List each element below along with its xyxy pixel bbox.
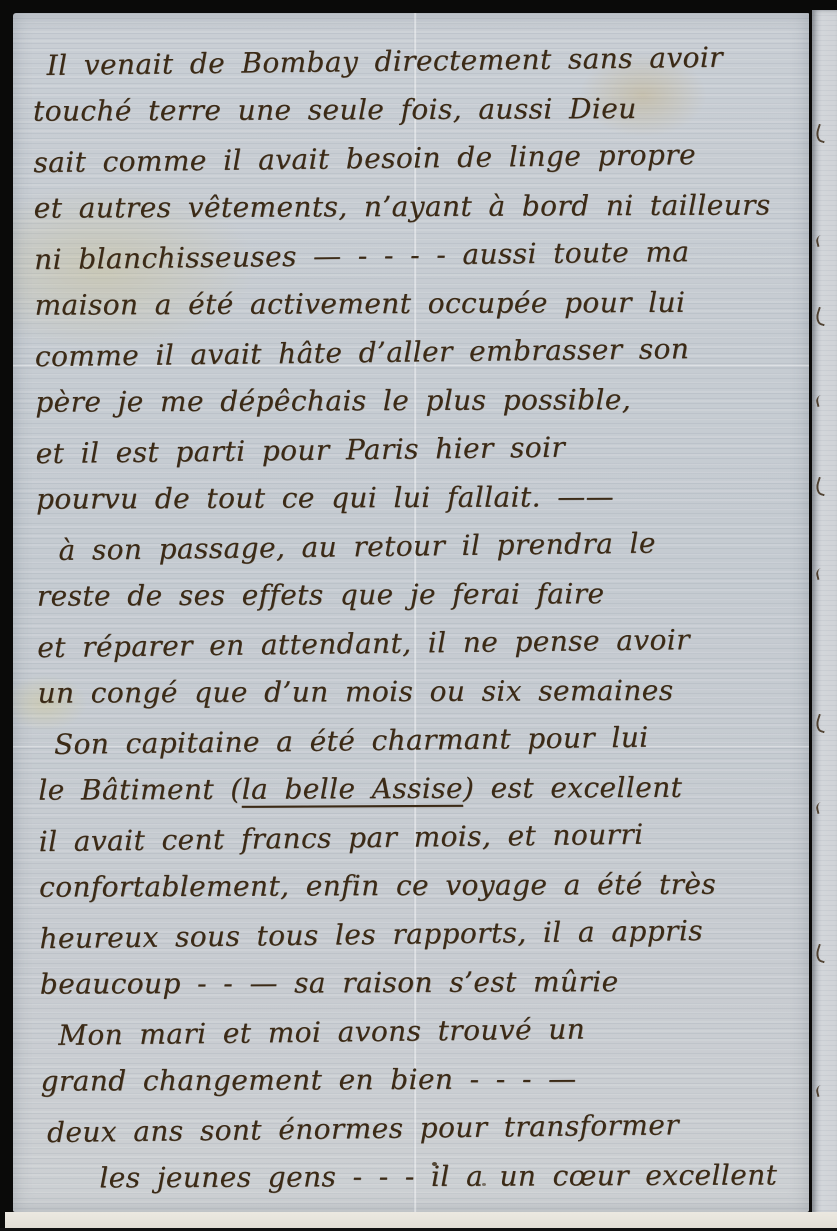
- handwriting-segment: sait comme il avait besoin de linge prop…: [33, 138, 696, 179]
- stray-ink-mark: [814, 714, 830, 734]
- handwriting-line: un congé que d’un mois ou six semaines: [37, 666, 799, 718]
- handwriting-segment: deux ans sont énormes pour transformer: [47, 1108, 679, 1149]
- handwriting-line: et il est parti pour Paris hier soir: [35, 421, 798, 479]
- handwriting-segment: à son passage, au retour il prendra le: [58, 527, 656, 567]
- handwriting-segment: et autres vêtements, n’ayant à bord ni t…: [34, 188, 771, 224]
- scanned-letter: Il venait de Bombay directement sans avo…: [0, 0, 837, 1231]
- handwriting-segment: le Bâtiment (: [38, 772, 241, 806]
- stray-ink-mark: [814, 477, 830, 497]
- handwriting-segment: Mon mari et moi avons trouvé un: [58, 1012, 585, 1051]
- under-sheet-edge: [5, 1212, 837, 1228]
- handwriting-line: et réparer en attendant, il ne pense avo…: [37, 615, 800, 673]
- ink-speck: [432, 1162, 437, 1166]
- handwriting-line: beaucoup - - — sa raison s’est mûrie: [40, 957, 802, 1009]
- handwriting-line: Il venait de Bombay directement sans avo…: [32, 33, 795, 91]
- handwriting-segment: grand changement en bien - - - —: [41, 1062, 577, 1097]
- handwriting-line: comme il avait hâte d’aller embrasser so…: [35, 324, 798, 382]
- handwriting-segment: il avait cent francs par mois, et nourri: [39, 818, 644, 858]
- handwriting-segment: Son capitaine a été charmant pour lui: [54, 721, 649, 761]
- handwriting-line: Son capitaine a été charmant pour lui: [38, 712, 801, 770]
- handwriting-line: heureux sous tous les rapports, il a app…: [39, 906, 802, 964]
- handwriting-segment: et il est parti pour Paris hier soir: [35, 431, 565, 470]
- handwriting-line: grand changement en bien - - - —: [41, 1054, 803, 1106]
- handwriting-segment: Il venait de Bombay directement sans avo…: [46, 41, 723, 82]
- stray-ink-mark: [815, 394, 828, 407]
- handwriting-line: pourvu de tout ce qui lui fallait. ——: [36, 472, 798, 524]
- handwriting-line: deux ans sont énormes pour transformer: [41, 1100, 804, 1158]
- handwriting-segment: heureux sous tous les rapports, il a app…: [39, 914, 703, 955]
- handwriting-line: il avait cent francs par mois, et nourri: [38, 809, 801, 867]
- handwriting-segment: ) est excellent: [463, 770, 682, 804]
- handwriting-line: ni blanchisseuses — - - - - aussi toute …: [34, 227, 797, 285]
- handwriting-line: le Bâtiment (la belle Assise) est excell…: [38, 763, 800, 815]
- handwriting-segment: touché terre une seule fois, aussi Dieu: [33, 92, 637, 128]
- handwriting-line: à son passage, au retour il prendra le: [36, 518, 799, 576]
- handwriting-segment: un congé que d’un mois ou six semaines: [37, 673, 673, 709]
- handwriting-segment: beaucoup - - — sa raison s’est mûrie: [40, 965, 619, 1001]
- stray-ink-mark: [815, 567, 828, 580]
- handwriting-line: maison a été activement occupée pour lui: [34, 278, 796, 330]
- handwriting-segment: maison a été activement occupée pour lui: [34, 285, 685, 321]
- handwriting-segment: reste de ses effets que je ferai faire: [37, 577, 605, 612]
- handwriting-segment: confortablement, enfin ce voyage a été t…: [39, 867, 716, 903]
- handwriting-line: père je me dépêchais le plus possible,: [35, 375, 797, 427]
- handwriting-segment: et réparer en attendant, il ne pense avo…: [37, 623, 690, 664]
- handwriting-line: reste de ses effets que je ferai faire: [37, 569, 799, 621]
- handwriting-line: les jeunes gens - - - il a un cœur excel…: [41, 1151, 803, 1203]
- stray-ink-mark: [814, 307, 830, 327]
- adjacent-page-edge: [812, 10, 837, 1215]
- handwriting-segment: père je me dépêchais le plus possible,: [35, 383, 631, 419]
- handwriting-segment: ni blanchisseuses — - - - - aussi toute …: [34, 235, 690, 276]
- handwriting-line: sait comme il avait besoin de linge prop…: [33, 130, 796, 188]
- handwriting-line: Mon mari et moi avons trouvé un: [40, 1003, 803, 1061]
- stray-ink-mark: [815, 801, 828, 814]
- handwriting-segment: pourvu de tout ce qui lui fallait. ——: [36, 480, 614, 516]
- handwriting-line: touché terre une seule fois, aussi Dieu: [33, 84, 795, 136]
- ink-speck: [482, 1183, 486, 1186]
- handwriting-segment: comme il avait hâte d’aller embrasser so…: [35, 332, 690, 373]
- stray-ink-mark: [815, 1084, 828, 1097]
- handwriting-line: confortablement, enfin ce voyage a été t…: [39, 860, 801, 912]
- stray-ink-mark: [814, 124, 830, 144]
- stray-ink-mark: [815, 234, 828, 247]
- handwriting-segment: les jeunes gens - - - il a un cœur excel…: [99, 1158, 777, 1194]
- handwriting-line: et autres vêtements, n’ayant à bord ni t…: [34, 181, 796, 233]
- handwritten-text: Il venait de Bombay directement sans avo…: [32, 34, 803, 1204]
- letter-page: Il venait de Bombay directement sans avo…: [13, 13, 809, 1212]
- ship-name-underlined: la belle Assise: [242, 771, 463, 805]
- stray-ink-mark: [814, 944, 830, 964]
